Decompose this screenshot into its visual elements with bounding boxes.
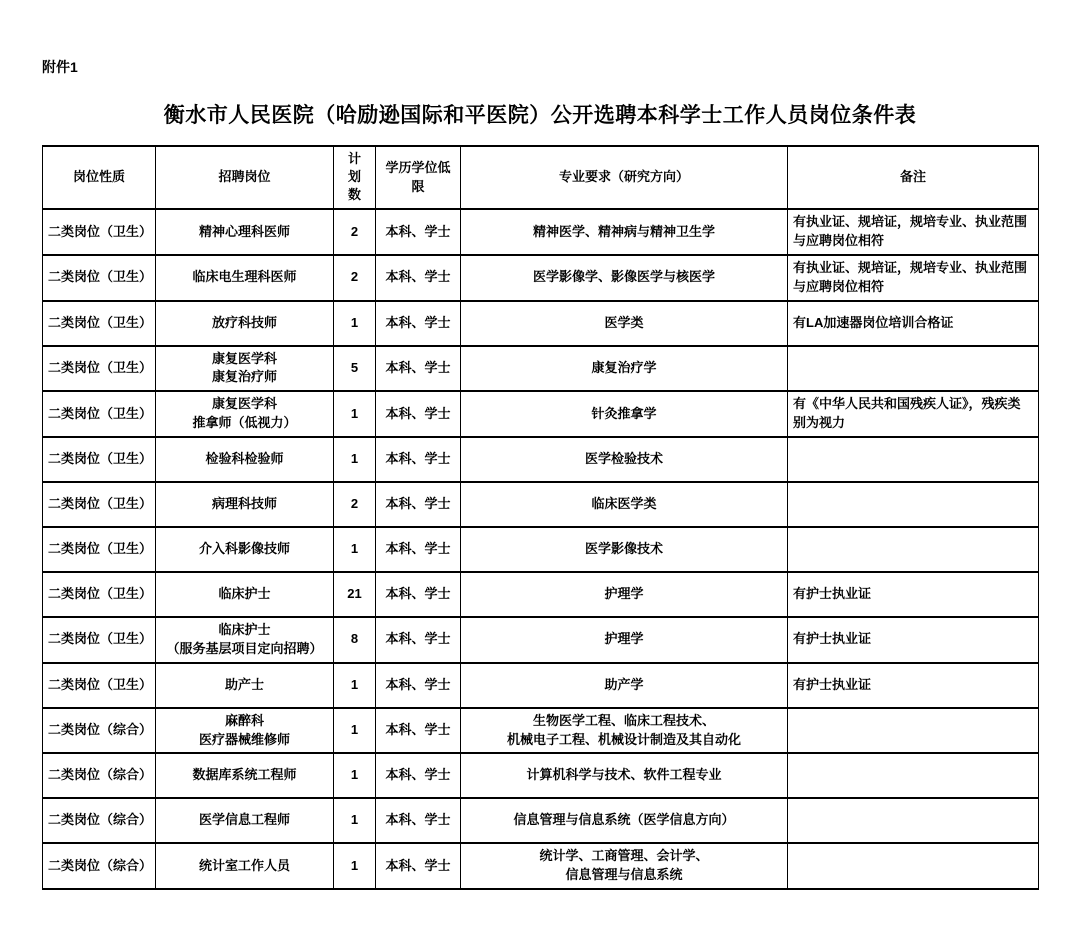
cell-note [788, 798, 1039, 843]
cell-plan-count: 1 [334, 437, 376, 482]
job-positions-table: 岗位性质 招聘岗位 计划数 学历学位低限 专业要求（研究方向） 备注 二类岗位（… [42, 145, 1039, 890]
cell-recruit-position: 医学信息工程师 [156, 798, 334, 843]
cell-recruit-position: 检验科检验师 [156, 437, 334, 482]
cell-degree-requirement: 本科、学士 [376, 708, 461, 754]
cell-note: 有《中华人民共和国残疾人证》，残疾类别为视力 [788, 391, 1039, 437]
cell-position-nature: 二类岗位（综合） [43, 753, 156, 798]
cell-major-requirement: 医学检验技术 [461, 437, 788, 482]
table-row: 二类岗位（卫生） 检验科检验师 1 本科、学士 医学检验技术 [43, 437, 1039, 482]
cell-recruit-position: 麻醉科 医疗器械维修师 [156, 708, 334, 754]
cell-plan-count: 1 [334, 708, 376, 754]
cell-recruit-position: 临床护士 （服务基层项目定向招聘） [156, 617, 334, 663]
cell-recruit-position: 临床电生理科医师 [156, 255, 334, 301]
cell-recruit-position: 助产士 [156, 663, 334, 708]
cell-recruit-position: 统计室工作人员 [156, 843, 334, 889]
cell-major-requirement: 医学类 [461, 301, 788, 346]
cell-note [788, 437, 1039, 482]
cell-degree-requirement: 本科、学士 [376, 391, 461, 437]
cell-note [788, 753, 1039, 798]
cell-plan-count: 2 [334, 209, 376, 255]
cell-plan-count: 1 [334, 391, 376, 437]
cell-recruit-position: 数据库系统工程师 [156, 753, 334, 798]
cell-recruit-position: 精神心理科医师 [156, 209, 334, 255]
cell-plan-count: 8 [334, 617, 376, 663]
table-row: 二类岗位（卫生） 临床电生理科医师 2 本科、学士 医学影像学、影像医学与核医学… [43, 255, 1039, 301]
table-row: 二类岗位（卫生） 助产士 1 本科、学士 助产学 有护士执业证 [43, 663, 1039, 708]
header-plan-count: 计划数 [334, 146, 376, 209]
cell-note [788, 708, 1039, 754]
cell-degree-requirement: 本科、学士 [376, 301, 461, 346]
cell-position-nature: 二类岗位（卫生） [43, 527, 156, 572]
cell-plan-count: 1 [334, 843, 376, 889]
table-row: 二类岗位（卫生） 康复医学科 康复治疗师 5 本科、学士 康复治疗学 [43, 346, 1039, 392]
cell-degree-requirement: 本科、学士 [376, 617, 461, 663]
cell-degree-requirement: 本科、学士 [376, 663, 461, 708]
cell-position-nature: 二类岗位（卫生） [43, 482, 156, 527]
table-row: 二类岗位（卫生） 康复医学科 推拿师（低视力） 1 本科、学士 针灸推拿学 有《… [43, 391, 1039, 437]
cell-note: 有执业证、规培证，规培专业、执业范围与应聘岗位相符 [788, 255, 1039, 301]
header-position-nature: 岗位性质 [43, 146, 156, 209]
page-title: 衡水市人民医院（哈励逊国际和平医院）公开选聘本科学士工作人员岗位条件表 [42, 99, 1038, 129]
cell-major-requirement: 生物医学工程、临床工程技术、 机械电子工程、机械设计制造及其自动化 [461, 708, 788, 754]
header-major-requirement: 专业要求（研究方向） [461, 146, 788, 209]
header-degree-requirement: 学历学位低限 [376, 146, 461, 209]
cell-note: 有护士执业证 [788, 572, 1039, 617]
cell-note: 有护士执业证 [788, 617, 1039, 663]
table-header-row: 岗位性质 招聘岗位 计划数 学历学位低限 专业要求（研究方向） 备注 [43, 146, 1039, 209]
document-page: 附件1 衡水市人民医院（哈励逊国际和平医院）公开选聘本科学士工作人员岗位条件表 … [0, 0, 1080, 930]
table-row: 二类岗位（综合） 麻醉科 医疗器械维修师 1 本科、学士 生物医学工程、临床工程… [43, 708, 1039, 754]
table-row: 二类岗位（卫生） 介入科影像技师 1 本科、学士 医学影像技术 [43, 527, 1039, 572]
cell-degree-requirement: 本科、学士 [376, 753, 461, 798]
table-row: 二类岗位（卫生） 精神心理科医师 2 本科、学士 精神医学、精神病与精神卫生学 … [43, 209, 1039, 255]
table-row: 二类岗位（综合） 统计室工作人员 1 本科、学士 统计学、工商管理、会计学、 信… [43, 843, 1039, 889]
cell-degree-requirement: 本科、学士 [376, 482, 461, 527]
cell-degree-requirement: 本科、学士 [376, 572, 461, 617]
cell-plan-count: 1 [334, 301, 376, 346]
cell-position-nature: 二类岗位（综合） [43, 708, 156, 754]
cell-major-requirement: 康复治疗学 [461, 346, 788, 392]
cell-major-requirement: 护理学 [461, 617, 788, 663]
cell-recruit-position: 临床护士 [156, 572, 334, 617]
cell-position-nature: 二类岗位（卫生） [43, 437, 156, 482]
cell-recruit-position: 放疗科技师 [156, 301, 334, 346]
cell-recruit-position: 病理科技师 [156, 482, 334, 527]
cell-plan-count: 1 [334, 753, 376, 798]
cell-major-requirement: 针灸推拿学 [461, 391, 788, 437]
cell-note [788, 482, 1039, 527]
cell-note [788, 346, 1039, 392]
cell-note: 有LA加速器岗位培训合格证 [788, 301, 1039, 346]
cell-position-nature: 二类岗位（卫生） [43, 301, 156, 346]
cell-position-nature: 二类岗位（卫生） [43, 572, 156, 617]
cell-degree-requirement: 本科、学士 [376, 255, 461, 301]
cell-degree-requirement: 本科、学士 [376, 209, 461, 255]
cell-degree-requirement: 本科、学士 [376, 843, 461, 889]
cell-recruit-position: 康复医学科 康复治疗师 [156, 346, 334, 392]
table-row: 二类岗位（卫生） 放疗科技师 1 本科、学士 医学类 有LA加速器岗位培训合格证 [43, 301, 1039, 346]
header-note: 备注 [788, 146, 1039, 209]
cell-position-nature: 二类岗位（卫生） [43, 617, 156, 663]
cell-major-requirement: 医学影像学、影像医学与核医学 [461, 255, 788, 301]
cell-degree-requirement: 本科、学士 [376, 527, 461, 572]
cell-major-requirement: 临床医学类 [461, 482, 788, 527]
cell-major-requirement: 助产学 [461, 663, 788, 708]
table-row: 二类岗位（综合） 数据库系统工程师 1 本科、学士 计算机科学与技术、软件工程专… [43, 753, 1039, 798]
cell-position-nature: 二类岗位（卫生） [43, 391, 156, 437]
header-recruit-position: 招聘岗位 [156, 146, 334, 209]
cell-note [788, 843, 1039, 889]
cell-position-nature: 二类岗位（卫生） [43, 255, 156, 301]
table-body: 二类岗位（卫生） 精神心理科医师 2 本科、学士 精神医学、精神病与精神卫生学 … [43, 209, 1039, 889]
attachment-label: 附件1 [42, 0, 1038, 77]
table-row: 二类岗位（综合） 医学信息工程师 1 本科、学士 信息管理与信息系统（医学信息方… [43, 798, 1039, 843]
cell-plan-count: 1 [334, 527, 376, 572]
cell-plan-count: 2 [334, 482, 376, 527]
cell-major-requirement: 统计学、工商管理、会计学、 信息管理与信息系统 [461, 843, 788, 889]
cell-plan-count: 1 [334, 798, 376, 843]
header-plan-count-label: 计划数 [347, 150, 362, 205]
table-row: 二类岗位（卫生） 病理科技师 2 本科、学士 临床医学类 [43, 482, 1039, 527]
cell-plan-count: 2 [334, 255, 376, 301]
cell-recruit-position: 介入科影像技师 [156, 527, 334, 572]
cell-major-requirement: 精神医学、精神病与精神卫生学 [461, 209, 788, 255]
cell-degree-requirement: 本科、学士 [376, 437, 461, 482]
cell-note [788, 527, 1039, 572]
table-row: 二类岗位（卫生） 临床护士 （服务基层项目定向招聘） 8 本科、学士 护理学 有… [43, 617, 1039, 663]
cell-major-requirement: 计算机科学与技术、软件工程专业 [461, 753, 788, 798]
cell-recruit-position: 康复医学科 推拿师（低视力） [156, 391, 334, 437]
cell-position-nature: 二类岗位（卫生） [43, 209, 156, 255]
cell-plan-count: 5 [334, 346, 376, 392]
cell-major-requirement: 医学影像技术 [461, 527, 788, 572]
cell-plan-count: 21 [334, 572, 376, 617]
table-row: 二类岗位（卫生） 临床护士 21 本科、学士 护理学 有护士执业证 [43, 572, 1039, 617]
cell-major-requirement: 护理学 [461, 572, 788, 617]
cell-position-nature: 二类岗位（卫生） [43, 346, 156, 392]
cell-position-nature: 二类岗位（综合） [43, 798, 156, 843]
cell-note: 有护士执业证 [788, 663, 1039, 708]
cell-note: 有执业证、规培证，规培专业、执业范围与应聘岗位相符 [788, 209, 1039, 255]
cell-major-requirement: 信息管理与信息系统（医学信息方向） [461, 798, 788, 843]
cell-position-nature: 二类岗位（卫生） [43, 663, 156, 708]
cell-degree-requirement: 本科、学士 [376, 798, 461, 843]
cell-position-nature: 二类岗位（综合） [43, 843, 156, 889]
cell-plan-count: 1 [334, 663, 376, 708]
cell-degree-requirement: 本科、学士 [376, 346, 461, 392]
